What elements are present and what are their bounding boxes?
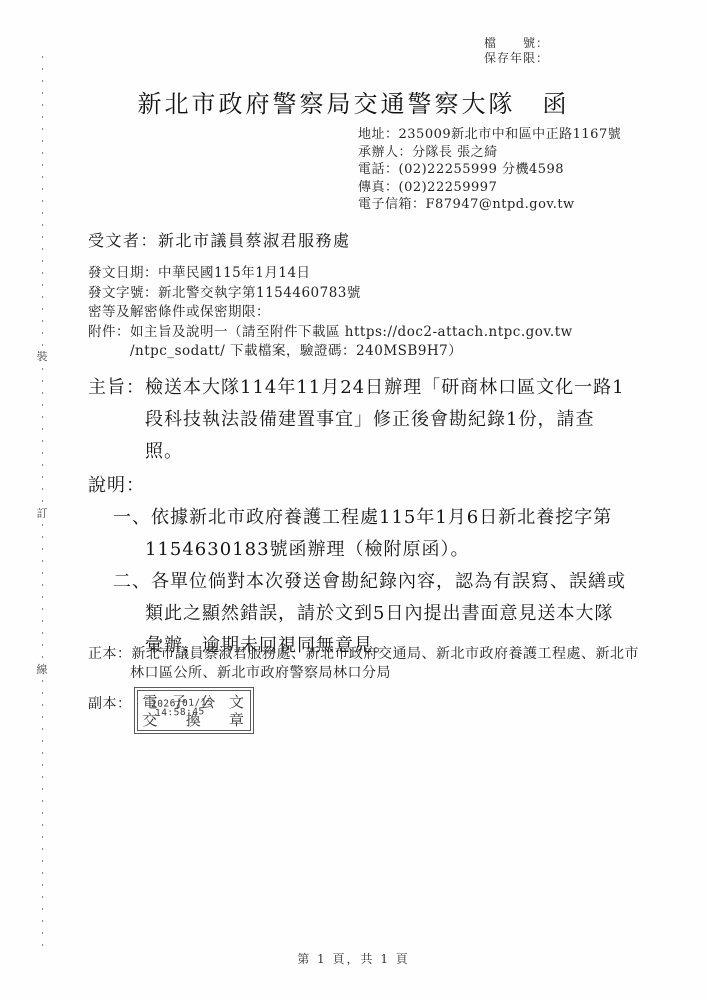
subject-paragraph: 主旨：檢送本大隊114年11月24日辦理「研商林口區文化一路1段科技執法設備建置… [88, 372, 630, 468]
edoc-exchange-stamp-inner: 電子公文 交換章 [137, 690, 251, 731]
document-meta-block: 發文日期：中華民國115年1月14日 發文字號：新北警交執字第115446078… [88, 264, 573, 362]
doc-number-line: 發文字號：新北警交執字第1154460783號 [88, 284, 573, 304]
file-number-label: 檔 號： [484, 36, 549, 51]
file-label-block: 檔 號： 保存年限： [484, 36, 549, 66]
binding-dotted-line [41, 56, 43, 948]
original-recipients: 新北市議員蔡淑君服務處、新北市政府交通局、新北市政府養護工程處、新北市林口區公所… [130, 646, 639, 681]
description-item-1: 一、依據新北市政府養護工程處115年1月6日新北養挖字第1154630183號函… [88, 502, 630, 566]
original-copy-line: 正本：新北市議員蔡淑君服務處、新北市政府交通局、新北市政府養護工程處、新北市林口… [88, 645, 648, 683]
agency-fax: 傳真：(02)22259997 [358, 179, 621, 197]
edoc-exchange-stamp: 電子公文 交換章 2026/01/15 14:58:45 [134, 687, 254, 734]
item-2-text: 各單位倘對本次發送會勘紀錄內容，認為有誤寫、誤繕或類此之顯然錯誤，請於文到5日內… [145, 571, 626, 656]
security-line: 密等及解密條件或保密期限： [88, 303, 573, 323]
distribution-block: 正本：新北市議員蔡淑君服務處、新北市政府交通局、新北市政府養護工程處、新北市林口… [88, 645, 648, 734]
page-number-footer: 第 1 頁，共 1 頁 [0, 950, 707, 967]
attachment-line-2: /ntpc_sodatt/ 下載檔案，驗證碼：240MSB9H7） [88, 342, 573, 362]
agency-email: 電子信箱：F87947@ntpd.gov.tw [358, 196, 621, 214]
stamp-text-row-2: 交換章 [143, 711, 245, 729]
issue-date-line: 發文日期：中華民國115年1月14日 [88, 264, 573, 284]
retention-period-label: 保存年限： [484, 51, 549, 66]
item-1-text: 依據新北市政府養護工程處115年1月6日新北養挖字第1154630183號函辦理… [145, 507, 612, 560]
binding-mark-ding: 訂 [34, 505, 50, 523]
recipient-line: 受文者：新北市議員蔡淑君服務處 [88, 228, 351, 251]
subject-text: 檢送本大隊114年11月24日辦理「研商林口區文化一路1段科技執法設備建置事宜」… [145, 377, 625, 462]
attachment-line-1: 附件：如主旨及說明一（請至附件下載區 https://doc2-attach.n… [88, 323, 573, 343]
agency-contact-block: 地址：235009新北市中和區中正路1167號 承辦人：分隊長 張之綺 電話：(… [358, 126, 621, 214]
agency-contact-person: 承辦人：分隊長 張之綺 [358, 144, 621, 162]
binding-mark-zhuang: 裝 [34, 348, 50, 366]
original-label: 正本： [88, 646, 132, 662]
agency-address: 地址：235009新北市中和區中正路1167號 [358, 126, 621, 144]
description-label: 說明： [88, 470, 630, 502]
item-2-number: 二、 [113, 571, 151, 592]
subject-label: 主旨： [88, 377, 145, 398]
carbon-copy-label: 副本： [88, 687, 132, 714]
carbon-copy-row: 副本： 電子公文 交換章 2026/01/15 14:58:45 [88, 687, 648, 734]
document-body: 主旨：檢送本大隊114年11月24日辦理「研商林口區文化一路1段科技執法設備建置… [88, 372, 630, 662]
document-page: 裝 訂 線 檔 號： 保存年限： 新北市政府警察局交通警察大隊 函 地址：235… [0, 0, 707, 1000]
binding-mark-xian: 線 [34, 661, 50, 679]
item-1-number: 一、 [113, 507, 151, 528]
document-title: 新北市政府警察局交通警察大隊 函 [0, 84, 707, 119]
stamp-text-row-1: 電子公文 [143, 693, 245, 711]
agency-phone: 電話：(02)22255999 分機4598 [358, 161, 621, 179]
